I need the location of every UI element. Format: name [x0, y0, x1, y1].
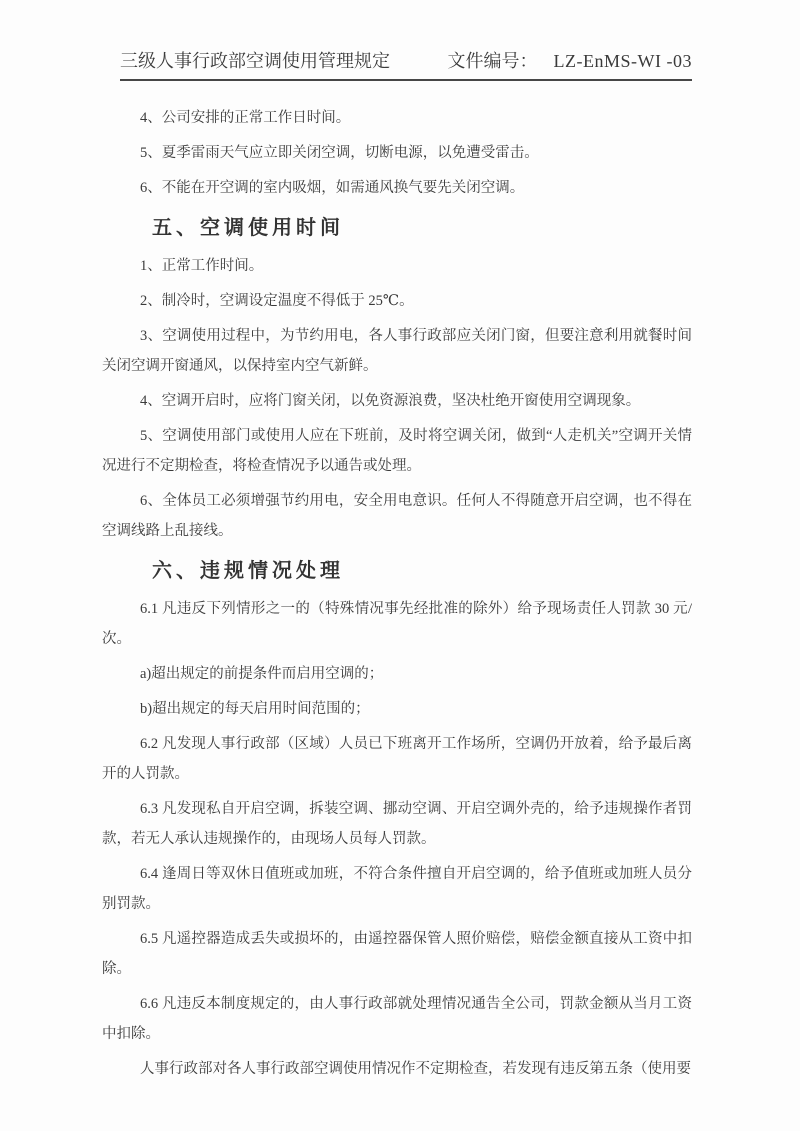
document-body: 4、公司安排的正常工作日时间。 5、夏季雷雨天气应立即关闭空调，切断电源，以免遭… — [102, 103, 692, 1084]
rule-item: 2、制冷时，空调设定温度不得低于 25℃。 — [102, 286, 692, 316]
rule-subitem: a)超出规定的前提条件而启用空调的； — [102, 659, 692, 689]
rule-item: 5、夏季雷雨天气应立即关闭空调，切断电源，以免遭受雷击。 — [102, 138, 692, 168]
rule-item: 6、不能在开空调的室内吸烟，如需通风换气要先关闭空调。 — [102, 173, 692, 203]
section-heading-violation-handling: 六、违规情况处理 — [102, 553, 692, 589]
rule-item: 4、空调开启时，应将门窗关闭，以免资源浪费，坚决杜绝开窗使用空调现象。 — [102, 386, 692, 416]
section-heading-usage-time: 五、空调使用时间 — [102, 210, 692, 246]
document-title: 三级人事行政部空调使用管理规定 — [120, 50, 390, 72]
rule-item: 6.6 凡违反本制度规定的，由人事行政部就处理情况通告全公司，罚款金额从当月工资… — [102, 989, 692, 1049]
document-number-label: 文件编号： — [448, 50, 538, 72]
rule-item: 6、全体员工必须增强节约用电，安全用电意识。任何人不得随意开启空调，也不得在空调… — [102, 486, 692, 546]
rule-item: 6.1 凡违反下列情形之一的（特殊情况事先经批准的除外）给予现场责任人罚款 30… — [102, 594, 692, 654]
document-header: 三级人事行政部空调使用管理规定 文件编号： LZ-EnMS-WI -03 — [120, 50, 692, 81]
rule-item: 6.2 凡发现人事行政部（区域）人员已下班离开工作场所，空调仍开放着，给予最后离… — [102, 729, 692, 789]
document-page: 三级人事行政部空调使用管理规定 文件编号： LZ-EnMS-WI -03 4、公… — [0, 0, 800, 1131]
document-number-code: LZ-EnMS-WI -03 — [554, 50, 692, 72]
rule-item: 3、空调使用过程中，为节约用电，各人事行政部应关闭门窗，但要注意利用就餐时间关闭… — [102, 321, 692, 381]
document-number: 文件编号： LZ-EnMS-WI -03 — [448, 50, 692, 72]
rule-item: 6.3 凡发现私自开启空调，拆装空调、挪动空调、开启空调外壳的，给予违规操作者罚… — [102, 794, 692, 854]
rule-item: 5、空调使用部门或使用人应在下班前，及时将空调关闭，做到“人走机关”空调开关情况… — [102, 421, 692, 481]
rule-item: 1、正常工作时间。 — [102, 251, 692, 281]
closing-paragraph: 人事行政部对各人事行政部空调使用情况作不定期检查，若发现有违反第五条（使用要 — [102, 1054, 692, 1084]
rule-subitem: b)超出规定的每天启用时间范围的； — [102, 694, 692, 724]
rule-item: 4、公司安排的正常工作日时间。 — [102, 103, 692, 133]
rule-item: 6.4 逢周日等双休日值班或加班，不符合条件擅自开启空调的，给予值班或加班人员分… — [102, 859, 692, 919]
rule-item: 6.5 凡遥控器造成丢失或损坏的，由遥控器保管人照价赔偿，赔偿金额直接从工资中扣… — [102, 924, 692, 984]
